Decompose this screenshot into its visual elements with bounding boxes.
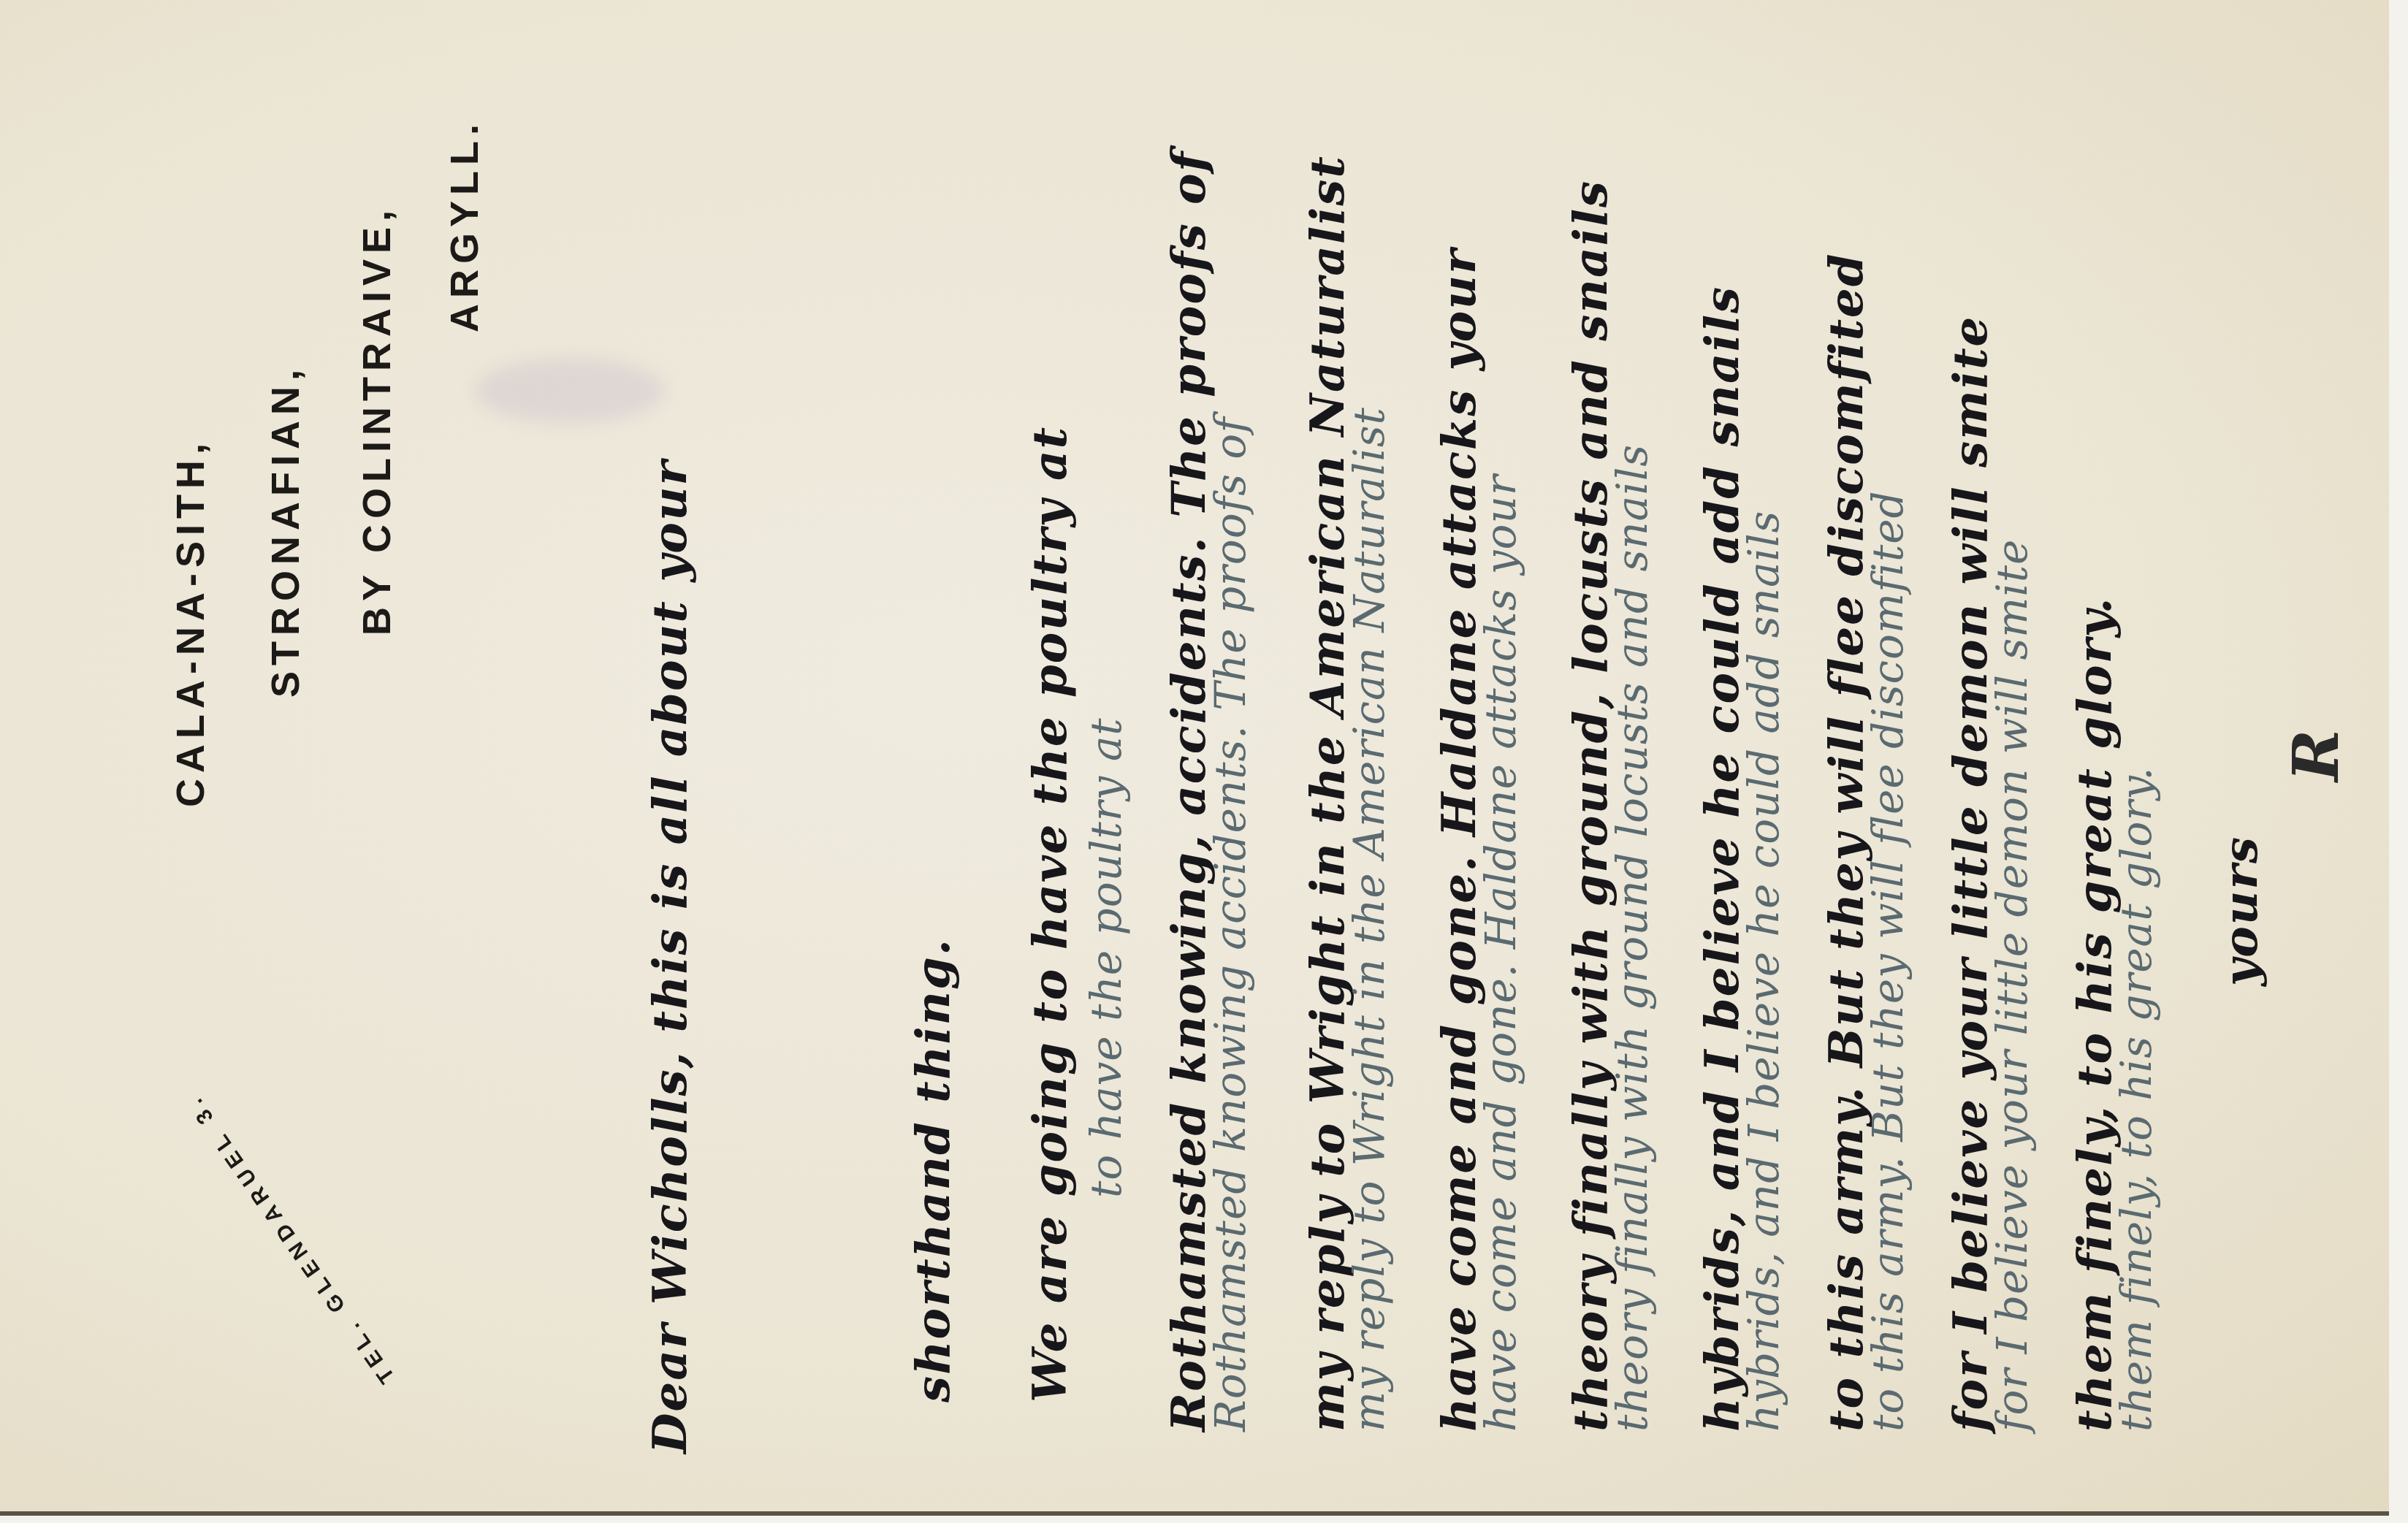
signature: R (2279, 730, 2353, 782)
letter-line: shorthand thing. (906, 938, 961, 1402)
letterhead-line-3: BY COLINTRAIVE, (354, 205, 400, 635)
transcription-line: hybrids, and I believe he could add snai… (1739, 511, 1788, 1432)
ink-stain (475, 358, 665, 424)
postcard: CALA-NA-SITH, STRONAFIAN, BY COLINTRAIVE… (0, 0, 2389, 1516)
letterhead-line-2: STRONAFIAN, (263, 364, 308, 698)
transcription-line: to this army. But they will flee discomf… (1863, 490, 1913, 1432)
closing: yours (2214, 836, 2268, 986)
letter-line: We are going to have the poultry at (1023, 426, 1078, 1402)
letterhead-line-4: ARGYLL. (442, 118, 487, 332)
transcription-line: Rothamsted knowing accidents. The proofs… (1205, 416, 1255, 1432)
salutation-line: Dear Wicholls, this is all about your (643, 459, 698, 1454)
transcription-line: theory finally with ground locusts and s… (1607, 444, 1657, 1432)
transcription-line: to have the poultry at (1081, 717, 1131, 1198)
transcription-line: for I believe your little demon will smi… (1987, 539, 2037, 1432)
transcription-line: my reply to Wright in the American Natur… (1344, 407, 1394, 1432)
letterhead-line-1: CALA-NA-SITH, (168, 438, 213, 807)
telephone-number: TEL. GLENDARUEL 3. (180, 1088, 400, 1388)
transcription-line: have come and gone. Haldane attacks your (1476, 474, 1525, 1432)
transcription-line: them finely, to his great glory. (2111, 766, 2161, 1432)
